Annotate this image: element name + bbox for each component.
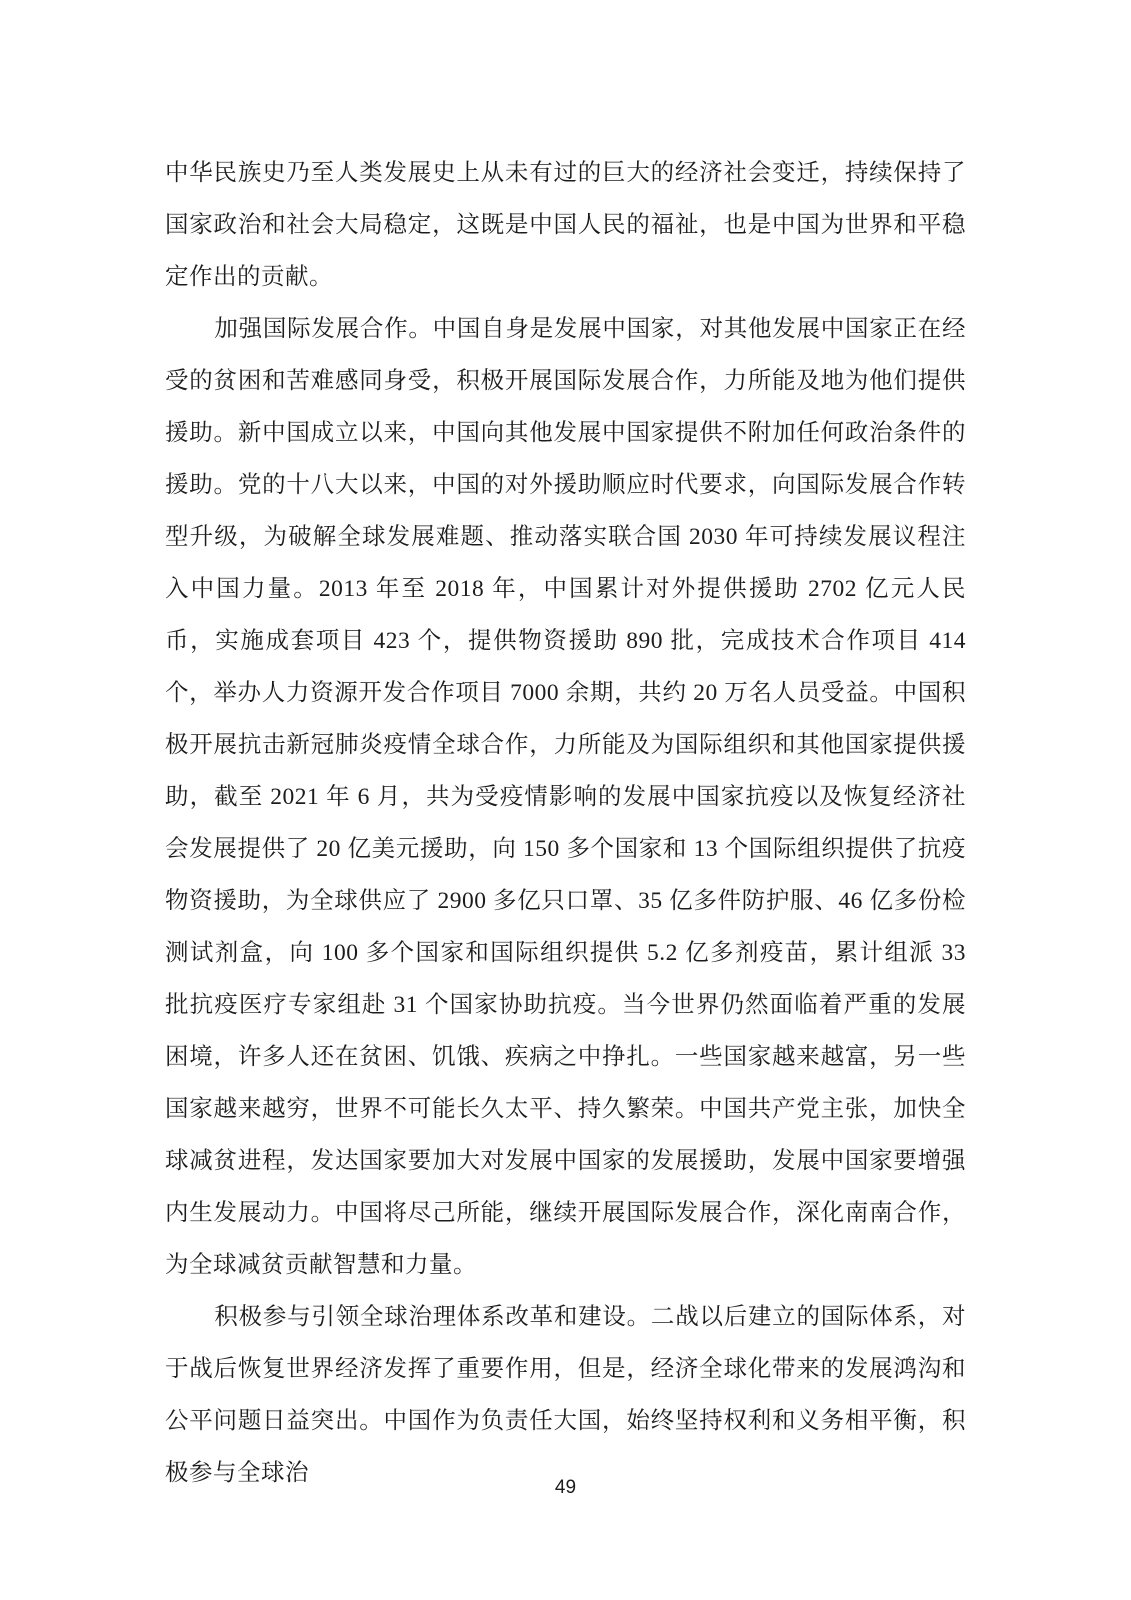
paragraph-continuation: 中华民族史乃至人类发展史上从未有过的巨大的经济社会变迁，持续保持了国家政治和社会… <box>165 147 966 303</box>
text-block: 中华民族史乃至人类发展史上从未有过的巨大的经济社会变迁，持续保持了国家政治和社会… <box>165 147 966 1499</box>
paragraph-global-governance: 积极参与引领全球治理体系改革和建设。二战以后建立的国际体系，对于战后恢复世界经济… <box>165 1291 966 1499</box>
paragraph-international-development-cooperation: 加强国际发展合作。中国自身是发展中国家，对其他发展中国家正在经受的贫困和苦难感同… <box>165 303 966 1291</box>
page-number: 49 <box>0 1477 1131 1499</box>
document-page: 中华民族史乃至人类发展史上从未有过的巨大的经济社会变迁，持续保持了国家政治和社会… <box>0 0 1131 1600</box>
